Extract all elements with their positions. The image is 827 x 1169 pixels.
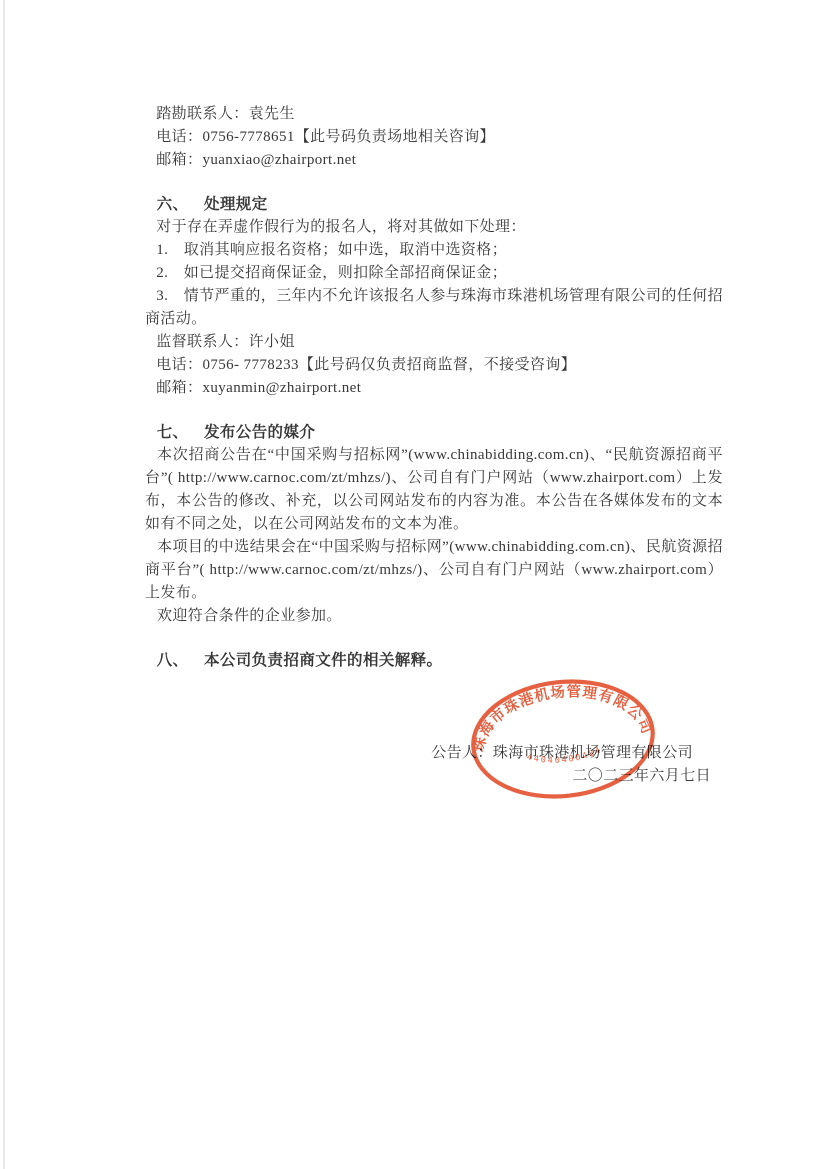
section-6-items: 1. 取消其响应报名资格；如中选，取消中选资格； 2. 如已提交招商保证金，则扣… [145, 239, 723, 331]
supervisor-contact-email: 邮箱：xuyanmin@zhairport.net [145, 377, 723, 400]
seal-registration-code: 44040400484 [525, 745, 605, 770]
survey-contact-email: 邮箱：yuanxiao@zhairport.net [145, 149, 723, 172]
section-6-number: 六、 [157, 196, 189, 213]
section-8-heading: 八、本公司负责招商文件的相关解释。 [145, 649, 723, 672]
section-7-paragraph-3: 欢迎符合条件的企业参加。 [145, 605, 723, 628]
list-item: 3. 情节严重的，三年内不允许该报名人参与珠海市珠港机场管理有限公司的任何招商活… [145, 285, 723, 331]
section-7-title: 发布公告的媒介 [204, 424, 315, 441]
section-6-intro: 对于存在弄虚作假行为的报名人，将对其做如下处理： [145, 216, 723, 239]
section-7-number: 七、 [157, 424, 189, 441]
section-7-heading: 七、发布公告的媒介 [145, 421, 723, 444]
supervisor-contact-person: 监督联系人：许小姐 [145, 331, 723, 354]
section-7-paragraph-1: 本次招商公告在“中国采购与招标网”(www.chinabidding.com.c… [145, 444, 723, 536]
scan-edge-artifact [3, 0, 5, 1169]
list-item: 1. 取消其响应报名资格；如中选，取消中选资格； [145, 239, 723, 262]
section-8-number: 八、 [157, 652, 189, 669]
svg-text:44040400484: 44040400484 [525, 745, 605, 770]
section-7-paragraph-2: 本项目的中选结果会在“中国采购与招标网”(www.chinabidding.co… [145, 536, 723, 605]
section-6-heading: 六、处理规定 [145, 193, 723, 216]
list-item: 2. 如已提交招商保证金，则扣除全部招商保证金； [145, 262, 723, 285]
survey-contact-person: 踏勘联系人：袁先生 [145, 103, 723, 126]
company-seal-stamp: 珠海市珠港机场管理有限公司 44040400484 [466, 674, 660, 804]
svg-text:珠海市珠港机场管理有限公司: 珠海市珠港机场管理有限公司 [466, 674, 657, 755]
supervisor-contact-phone: 电话：0756- 7778233【此号码仅负责招商监督，不接受咨询】 [145, 354, 723, 377]
survey-contact-phone: 电话：0756-7778651【此号码负责场地相关咨询】 [145, 126, 723, 149]
seal-company-name: 珠海市珠港机场管理有限公司 [466, 674, 657, 755]
section-8-title: 本公司负责招商文件的相关解释。 [204, 652, 443, 669]
section-6-title: 处理规定 [204, 196, 268, 213]
document-page: 踏勘联系人：袁先生 电话：0756-7778651【此号码负责场地相关咨询】 邮… [0, 0, 827, 1169]
